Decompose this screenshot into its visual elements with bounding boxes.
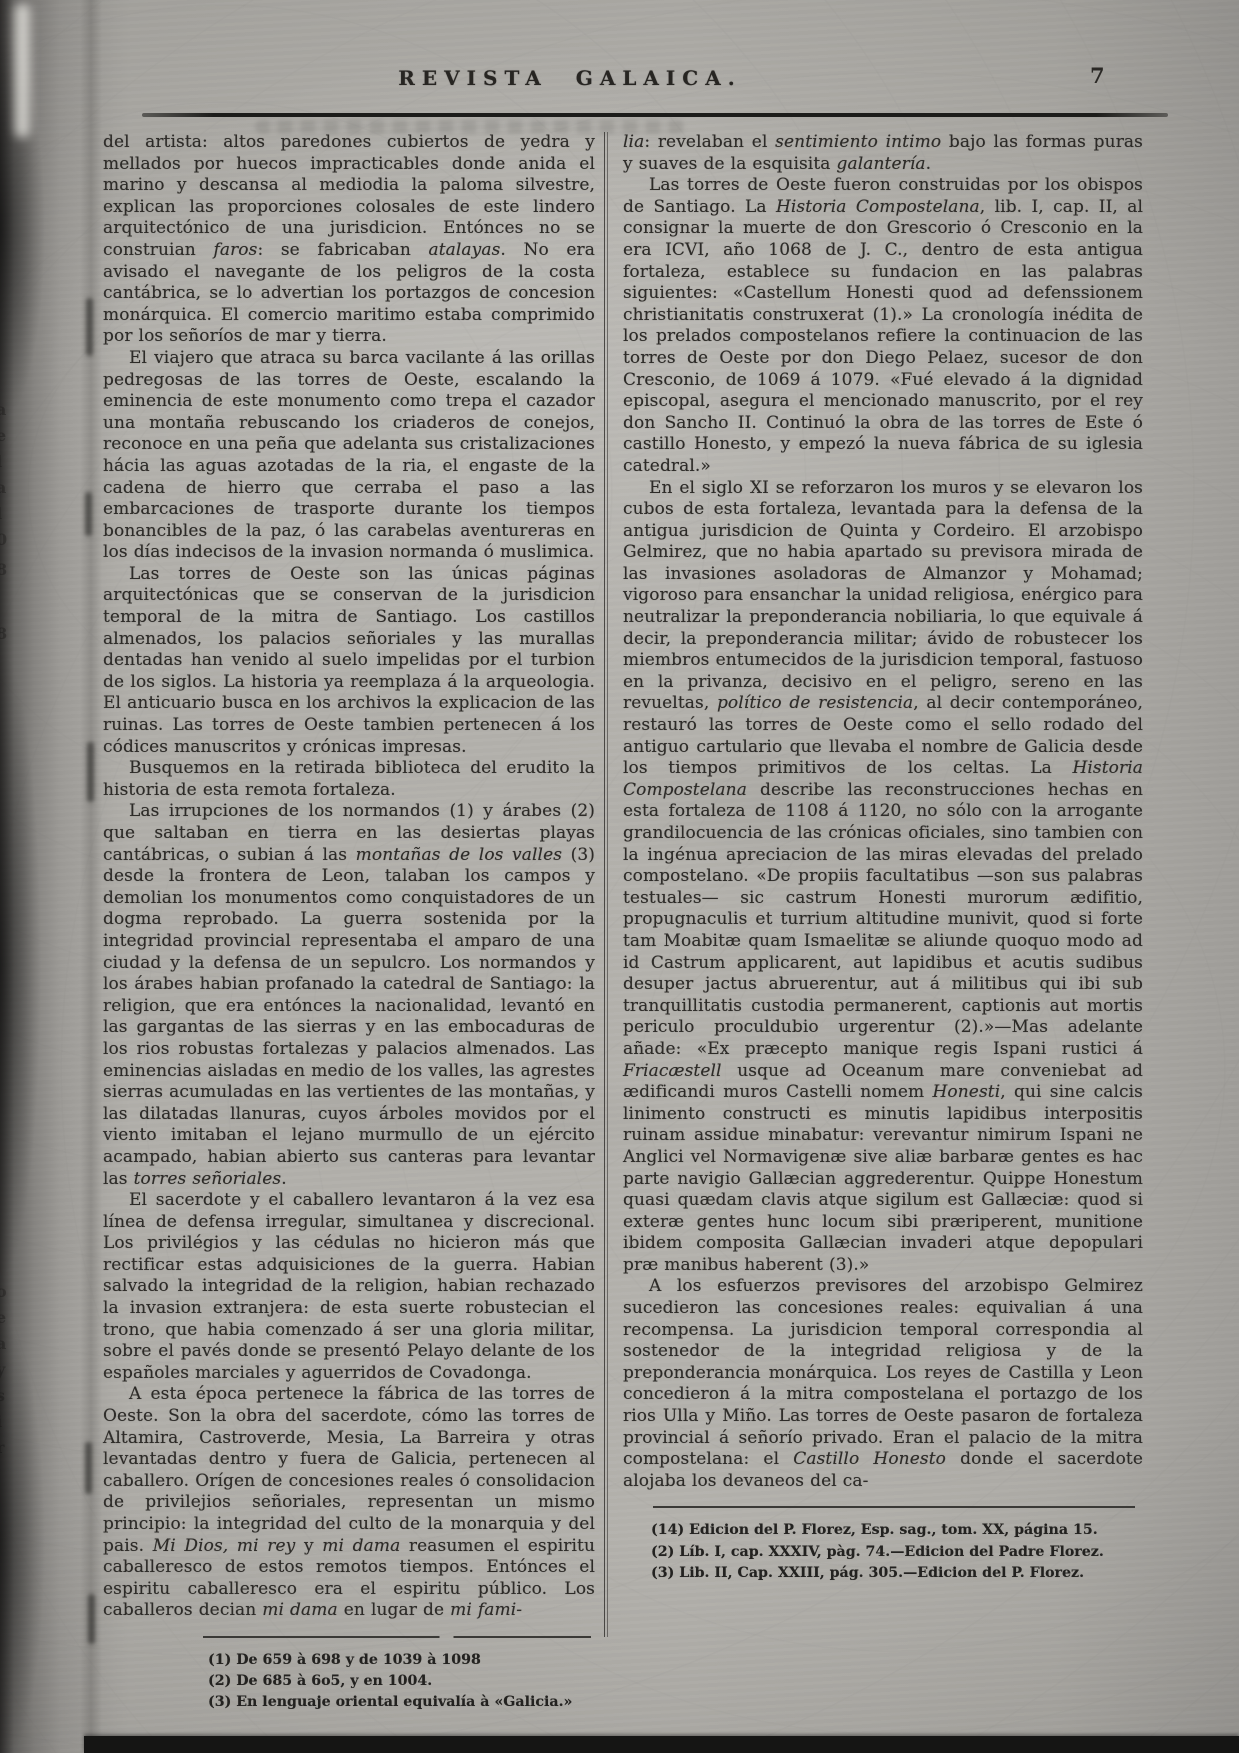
bleed-glyph: 0 <box>0 530 7 549</box>
footnote: (1) De 659 à 698 y de 1039 à 1098 <box>103 1650 595 1671</box>
paragraph: A los esfuerzos previsores del arzobispo… <box>623 1276 1143 1492</box>
paragraph: Las irrupciones de los normandos (1) y á… <box>103 801 595 1190</box>
body-text-left: del artista: altos paredones cubiertos d… <box>103 132 595 1622</box>
bleed-glyph: o <box>0 1282 7 1301</box>
bleed-glyph: i <box>0 1412 2 1431</box>
paragraph: Las torres de Oeste son las únicas págin… <box>103 564 595 758</box>
journal-title: REVISTA GALAICA. <box>140 66 1000 90</box>
paragraph: En el siglo XI se reforzaron los muros y… <box>623 478 1143 1277</box>
bleed-glyph: l <box>0 504 2 523</box>
footnote: (2) Líb. I, cap. XXXIV, pàg. 74.—Edicion… <box>623 1542 1143 1564</box>
paragraph: El sacerdote y el caballero levantaron á… <box>103 1190 595 1384</box>
bleed-glyph: s <box>0 1386 5 1405</box>
bleed-glyph: a <box>0 1334 6 1353</box>
footnote: (14) Edicion del P. Florez, Esp. sag., t… <box>623 1520 1143 1542</box>
fold-mark <box>85 1442 92 1494</box>
footnote: (3) En lenguaje oriental equivalía à «Ga… <box>103 1692 595 1713</box>
bleed-glyph: 8 <box>0 560 7 579</box>
bleed-glyph: a <box>0 400 6 419</box>
fold-mark <box>87 742 94 802</box>
body-text-right: lia: revelaban el sentimiento intimo baj… <box>623 132 1143 1492</box>
paragraph: Busquemos en la retirada biblioteca del … <box>103 758 595 801</box>
paragraph: del artista: altos paredones cubiertos d… <box>103 132 595 348</box>
footnote: (3) Lib. II, Cap. XXIII, pág. 305.—Edici… <box>623 1563 1143 1585</box>
footnote-separator-left <box>203 1636 591 1638</box>
paragraph: Las torres de Oeste fueron construidas p… <box>623 175 1143 477</box>
bleed-glyph: e <box>0 1308 6 1327</box>
bleed-glyph: 8 <box>0 624 7 643</box>
fold-mark <box>86 298 93 356</box>
bleed-glyph: a <box>0 478 6 497</box>
page-number: 7 <box>1090 63 1105 88</box>
bleed-glyph: l <box>0 452 2 471</box>
fold-mark <box>88 1594 95 1644</box>
footnotes-right: (14) Edicion del P. Florez, Esp. sag., t… <box>623 1520 1143 1585</box>
book-binding-shadow <box>0 0 120 1753</box>
footnotes-left: (1) De 659 à 698 y de 1039 à 1098(2) De … <box>103 1650 595 1713</box>
column-divider <box>604 132 608 1637</box>
header-rule <box>142 113 1168 117</box>
page-edge-highlight <box>15 3 30 138</box>
fold-mark <box>85 492 92 536</box>
paragraph: lia: revelaban el sentimiento intimo baj… <box>623 132 1143 175</box>
column-left: del artista: altos paredones cubiertos d… <box>103 132 595 1713</box>
text-columns: del artista: altos paredones cubiertos d… <box>103 132 1145 1713</box>
paragraph: El viajero que atraca su barca vacilante… <box>103 348 595 564</box>
column-right: lia: revelaban el sentimiento intimo baj… <box>623 132 1143 1713</box>
bleed-glyph: y <box>0 1360 5 1379</box>
scan-bottom-edge <box>84 1736 1239 1753</box>
bleed-glyph: r <box>0 1438 4 1457</box>
footnote: (2) De 685 à 6o5, y en 1004. <box>103 1671 595 1692</box>
bleed-glyph: e <box>0 426 6 445</box>
paragraph: A esta época pertenece la fábrica de las… <box>103 1384 595 1622</box>
scanned-page: REVISTA GALAICA. 7 del artista: altos pa… <box>0 0 1239 1753</box>
footnote-separator-right <box>653 1506 1135 1508</box>
